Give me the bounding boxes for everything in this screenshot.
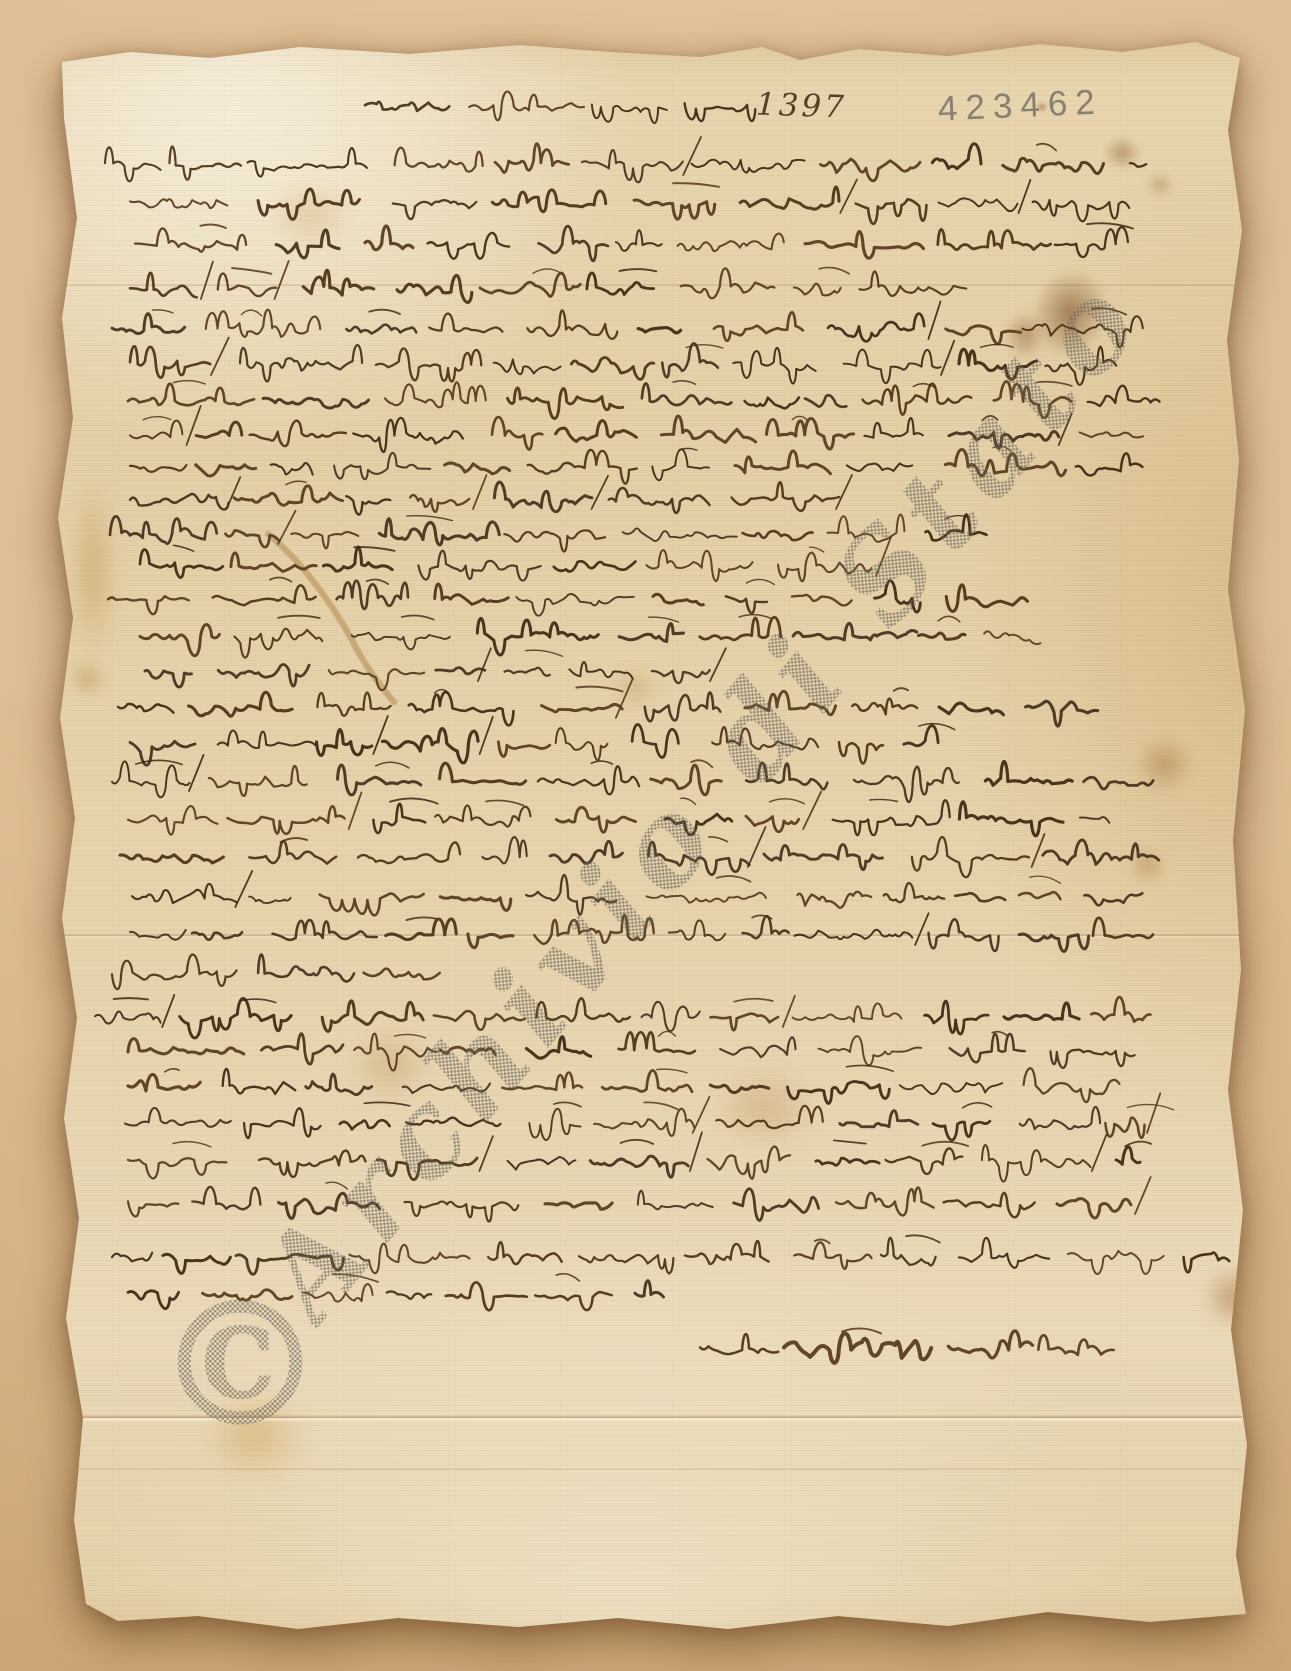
ink-stroke — [819, 1036, 922, 1065]
ink-stroke — [209, 766, 307, 796]
ink-stroke — [477, 618, 598, 655]
ink-stroke — [673, 183, 719, 187]
ink-stroke — [338, 765, 421, 795]
ink-stroke — [798, 892, 872, 908]
ink-stroke — [1135, 1177, 1151, 1214]
ink-stroke — [946, 326, 1021, 344]
ink-stroke — [632, 724, 678, 757]
ink-stroke — [803, 792, 821, 829]
ink-stroke — [1084, 777, 1154, 789]
ink-stroke — [250, 421, 346, 447]
ink-stroke — [303, 270, 374, 295]
ink-stroke — [1019, 892, 1061, 899]
ink-stroke — [279, 1193, 380, 1218]
ink-stroke — [494, 359, 561, 374]
ink-stroke — [403, 1084, 490, 1094]
ink-stroke — [685, 1241, 769, 1264]
ink-stroke — [173, 1142, 211, 1147]
ink-stroke — [140, 550, 223, 578]
ink-stroke — [652, 449, 709, 480]
ink-stroke — [982, 1145, 1091, 1182]
ink-stroke — [912, 837, 1029, 877]
ink-stroke — [653, 594, 703, 605]
ink-stroke — [1092, 1135, 1107, 1171]
ink-stroke — [152, 310, 173, 313]
ink-stroke — [505, 668, 550, 676]
ink-stroke — [200, 224, 226, 228]
ink-stroke — [258, 189, 359, 219]
ink-stroke — [118, 704, 174, 713]
ink-stroke — [286, 481, 306, 484]
ink-stroke — [492, 190, 605, 212]
ink-stroke — [836, 475, 852, 509]
ink-stroke — [125, 1108, 231, 1127]
ink-stroke — [642, 383, 732, 405]
ink-stroke — [322, 1001, 423, 1032]
ink-stroke — [805, 395, 846, 407]
ink-stroke — [394, 1034, 425, 1037]
ink-stroke — [685, 103, 756, 121]
ink-stroke — [105, 147, 161, 181]
ink-stroke — [915, 913, 929, 945]
ink-stroke — [218, 730, 316, 748]
ink-stroke — [959, 802, 1063, 836]
ink-stroke — [542, 704, 623, 711]
ink-stroke — [1184, 1253, 1230, 1273]
ink-stroke — [860, 272, 967, 296]
ink-stroke — [128, 384, 254, 405]
ink-stroke — [128, 1201, 178, 1216]
ink-stroke — [926, 514, 987, 540]
ink-stroke — [445, 463, 510, 474]
ink-stroke — [228, 806, 345, 834]
ink-stroke — [446, 1282, 527, 1310]
ink-stroke — [959, 349, 1037, 379]
ink-stroke — [502, 1072, 582, 1089]
ink-stroke — [165, 1069, 179, 1072]
ink-stroke — [745, 691, 836, 715]
ink-stroke — [108, 596, 189, 614]
ink-stroke — [783, 996, 795, 1027]
ink-stroke — [436, 668, 485, 674]
ink-stroke — [642, 1002, 700, 1031]
ink-stroke — [712, 727, 818, 749]
ink-stroke — [410, 495, 469, 512]
ink-stroke — [1051, 1050, 1135, 1068]
ink-stroke — [881, 1238, 936, 1266]
ink-stroke — [323, 547, 392, 571]
ink-stroke — [619, 1032, 695, 1053]
ink-stroke — [173, 381, 205, 384]
ink-stroke — [900, 1083, 1003, 1094]
ink-stroke — [793, 1003, 902, 1021]
ink-stroke — [189, 755, 204, 791]
ink-stroke — [681, 798, 696, 804]
ink-stroke — [591, 761, 612, 764]
ink-stroke — [886, 1148, 963, 1174]
ink-stroke — [364, 1102, 409, 1105]
ink-stroke — [376, 348, 481, 381]
ink-stroke — [679, 448, 697, 450]
ink-stroke — [840, 1111, 918, 1127]
ink-stroke — [346, 496, 390, 514]
ink-stroke — [1019, 180, 1031, 213]
ink-stroke — [367, 579, 388, 584]
ink-stroke — [201, 262, 213, 299]
handwriting-layer — [0, 0, 1291, 1671]
ink-stroke — [1093, 918, 1153, 938]
ink-stroke — [929, 919, 999, 951]
ink-stroke — [163, 1254, 231, 1273]
ink-stroke — [480, 273, 580, 296]
ink-stroke — [579, 1255, 673, 1273]
ink-stroke — [1037, 382, 1072, 386]
ink-stroke — [681, 268, 775, 298]
ink-stroke — [1057, 1199, 1131, 1218]
ink-stroke — [527, 310, 617, 338]
ink-stroke — [440, 897, 511, 911]
ink-stroke — [794, 284, 841, 296]
ink-stroke — [1055, 227, 1128, 257]
ink-stroke — [816, 1158, 879, 1165]
ink-stroke — [550, 841, 622, 863]
ink-stroke — [480, 717, 493, 754]
ink-stroke — [659, 1031, 676, 1036]
ink-stroke — [402, 615, 434, 619]
ink-stroke — [852, 699, 917, 715]
ink-stroke — [1004, 1003, 1079, 1020]
ink-stroke — [925, 1001, 989, 1034]
ink-stroke — [383, 729, 479, 763]
ink-stroke — [320, 894, 424, 916]
ink-stroke — [569, 662, 632, 679]
ink-stroke — [526, 650, 563, 656]
ink-stroke — [587, 273, 654, 295]
ink-stroke — [784, 1333, 931, 1362]
ink-stroke — [329, 669, 424, 690]
ink-stroke — [700, 1334, 778, 1354]
ink-stroke — [377, 1158, 477, 1180]
ink-stroke — [619, 624, 683, 642]
ink-stroke — [346, 325, 416, 334]
ink-stroke — [1026, 701, 1098, 726]
ink-stroke — [944, 1193, 1035, 1217]
ink-stroke — [385, 382, 486, 407]
ink-stroke — [395, 148, 483, 172]
ink-stroke — [235, 871, 252, 907]
ink-stroke — [130, 494, 229, 510]
ink-stroke — [379, 519, 499, 545]
ink-stroke — [820, 159, 920, 181]
ink-stroke — [1045, 347, 1116, 385]
ink-stroke — [365, 226, 413, 250]
ink-stroke — [938, 229, 1051, 249]
ink-stroke — [340, 1120, 390, 1129]
ink-stroke — [839, 742, 883, 763]
ink-stroke — [482, 837, 526, 863]
ink-stroke — [418, 551, 540, 581]
ink-stroke — [326, 1182, 347, 1189]
ink-stroke — [708, 1147, 791, 1179]
ink-stroke — [726, 596, 767, 613]
ink-stroke — [1033, 200, 1130, 221]
ink-stroke — [112, 1253, 152, 1262]
ink-stroke — [740, 187, 839, 209]
ink-stroke — [1032, 834, 1045, 867]
ink-stroke — [833, 800, 950, 835]
ink-stroke — [273, 920, 377, 940]
ink-stroke — [536, 998, 630, 1021]
ink-stroke — [711, 1014, 779, 1031]
ink-stroke — [716, 1106, 822, 1128]
ink-stroke — [428, 233, 510, 259]
ink-stroke — [114, 998, 148, 999]
ink-stroke — [692, 160, 805, 173]
ink-stroke — [1084, 893, 1142, 905]
ink-stroke — [875, 581, 921, 612]
ink-stroke — [358, 842, 460, 863]
ink-stroke — [406, 1118, 500, 1126]
ink-stroke — [1003, 158, 1104, 173]
ink-stroke — [112, 761, 190, 797]
ink-stroke — [112, 314, 185, 334]
ink-stroke — [263, 398, 369, 408]
ink-stroke — [661, 416, 755, 442]
ink-stroke — [732, 482, 840, 511]
ink-stroke — [794, 1242, 871, 1268]
ink-stroke — [576, 687, 622, 692]
ink-stroke — [794, 930, 912, 939]
ink-stroke — [665, 814, 732, 835]
ink-stroke — [130, 346, 210, 377]
ink-stroke — [571, 358, 653, 380]
ink-stroke — [405, 1202, 519, 1222]
ink-stroke — [110, 516, 217, 543]
ink-stroke — [645, 692, 721, 721]
ink-stroke — [635, 1281, 664, 1297]
ink-stroke — [792, 595, 852, 605]
ink-stroke — [397, 275, 472, 302]
ink-stroke — [533, 269, 561, 273]
ink-stroke — [333, 1274, 378, 1282]
ink-stroke — [734, 999, 773, 1002]
ink-stroke — [582, 150, 683, 182]
ink-stroke — [1080, 817, 1109, 823]
ink-stroke — [673, 381, 695, 384]
ink-stroke — [143, 417, 170, 420]
ink-stroke — [259, 1151, 366, 1177]
ink-stroke — [365, 102, 449, 111]
ink-stroke — [906, 1235, 940, 1242]
ink-stroke — [494, 482, 592, 511]
ink-stroke — [473, 475, 486, 509]
ink-stroke — [211, 338, 229, 375]
ink-stroke — [894, 688, 908, 691]
ink-stroke — [1088, 386, 1160, 406]
ink-stroke — [733, 348, 816, 384]
ink-stroke — [534, 915, 653, 944]
ink-stroke — [248, 148, 368, 177]
ink-stroke — [1059, 414, 1072, 445]
ink-stroke — [792, 416, 806, 419]
ink-stroke — [647, 550, 753, 581]
ink-stroke — [135, 228, 246, 251]
ink-stroke — [657, 1069, 687, 1073]
ink-stroke — [526, 875, 616, 915]
ink-stroke — [278, 616, 319, 618]
ink-stroke — [429, 314, 502, 333]
ink-stroke — [407, 917, 436, 920]
ink-stroke — [805, 232, 923, 259]
ink-stroke — [196, 422, 242, 437]
ink-stroke — [836, 1187, 934, 1215]
ink-stroke — [203, 1290, 293, 1300]
ink-stroke — [270, 577, 292, 581]
ink-stroke — [884, 883, 945, 902]
ink-stroke — [120, 855, 223, 863]
ink-stroke — [1116, 1147, 1140, 1164]
ink-stroke — [271, 463, 313, 475]
ink-stroke — [919, 633, 966, 639]
ink-stroke — [234, 629, 322, 658]
ink-stroke — [554, 561, 636, 571]
ink-stroke — [678, 234, 784, 252]
ink-stroke — [95, 1012, 161, 1024]
ink-stroke — [854, 767, 959, 802]
ink-stroke — [949, 432, 1059, 449]
ink-stroke — [223, 1069, 296, 1094]
ink-stroke — [963, 1103, 992, 1108]
ink-stroke — [609, 488, 710, 513]
ink-stroke — [592, 105, 667, 124]
ink-stroke — [638, 1191, 713, 1210]
ink-stroke — [919, 724, 955, 730]
ink-stroke — [793, 623, 917, 640]
ink-stroke — [334, 453, 430, 479]
ink-stroke — [130, 741, 195, 765]
ink-stroke — [130, 199, 227, 208]
ink-stroke — [938, 198, 1017, 211]
ink-stroke — [594, 1109, 694, 1136]
ink-stroke — [810, 547, 824, 552]
ink-stroke — [241, 310, 261, 316]
ink-stroke — [1080, 432, 1143, 437]
ink-stroke — [948, 1331, 1032, 1358]
ink-stroke — [669, 920, 725, 940]
ink-stroke — [870, 799, 898, 801]
ink-stroke — [192, 932, 242, 939]
ink-stroke — [648, 842, 749, 875]
ink-stroke — [140, 624, 219, 655]
ink-stroke — [939, 703, 1003, 715]
ink-stroke — [1068, 1251, 1164, 1274]
ink-stroke — [592, 476, 609, 509]
ink-stroke — [602, 1070, 692, 1091]
ink-stroke — [349, 1244, 469, 1274]
ink-stroke — [435, 584, 509, 604]
ink-stroke — [1087, 223, 1133, 228]
ink-stroke — [130, 273, 197, 297]
ink-stroke — [236, 1254, 344, 1274]
ink-stroke — [662, 343, 718, 377]
ink-stroke — [778, 553, 871, 582]
ink-stroke — [376, 762, 409, 768]
ink-stroke — [1024, 1068, 1120, 1102]
ink-stroke — [352, 633, 450, 650]
ink-stroke — [337, 581, 408, 609]
ink-stroke — [373, 716, 388, 754]
ink-stroke — [196, 465, 256, 476]
ink-stroke — [764, 845, 883, 870]
ink-stroke — [1019, 934, 1088, 951]
ink-stroke — [1130, 163, 1146, 167]
ink-stroke — [479, 1136, 493, 1171]
ink-stroke — [278, 511, 295, 544]
ink-stroke — [743, 916, 789, 938]
ink-stroke — [488, 1242, 562, 1264]
ink-stroke — [180, 998, 292, 1038]
ink-stroke — [206, 310, 320, 337]
ink-stroke — [478, 648, 491, 681]
ink-stroke — [539, 226, 608, 261]
ink-stroke — [743, 531, 813, 540]
ink-stroke — [469, 92, 584, 121]
archive-number: 423462 — [937, 82, 1103, 129]
ink-stroke — [213, 585, 316, 605]
ink-stroke — [386, 919, 457, 940]
ink-stroke — [504, 530, 605, 551]
ink-stroke — [364, 969, 440, 980]
ink-stroke — [922, 1142, 968, 1146]
ink-stroke — [231, 553, 316, 572]
ink-stroke — [710, 648, 726, 681]
ink-stroke — [950, 1034, 1025, 1063]
ink-stroke — [616, 230, 662, 251]
ink-stroke — [846, 1065, 893, 1071]
ink-stroke — [710, 1085, 768, 1093]
ink-stroke — [218, 273, 276, 296]
ink-stroke — [495, 144, 569, 173]
ink-stroke — [1147, 1093, 1160, 1133]
ink-stroke — [128, 806, 218, 835]
ink-stroke — [249, 841, 336, 864]
ink-stroke — [590, 1156, 688, 1177]
ink-stroke — [130, 465, 186, 472]
ink-stroke — [828, 515, 905, 542]
ink-stroke — [746, 816, 799, 832]
ink-stroke — [435, 805, 530, 826]
ink-stroke — [683, 137, 701, 175]
ink-stroke — [1030, 876, 1061, 883]
ink-stroke — [373, 804, 425, 833]
ink-stroke — [306, 1074, 372, 1095]
ink-stroke — [847, 463, 913, 471]
ink-stroke — [945, 449, 1065, 475]
ink-stroke — [528, 450, 637, 484]
ink-stroke — [693, 1097, 710, 1133]
ink-stroke — [538, 766, 639, 794]
ink-stroke — [714, 312, 803, 340]
paper-shadow-wrap: 1397 423462 Archivio di Stato © — [0, 0, 1291, 1671]
ink-stroke — [468, 934, 513, 948]
ink-stroke — [556, 1274, 579, 1281]
ink-stroke — [556, 728, 608, 760]
ink-stroke — [720, 1037, 795, 1057]
ink-stroke — [928, 302, 940, 340]
ink-stroke — [407, 516, 453, 521]
ink-stroke — [393, 200, 477, 219]
ink-stroke — [276, 230, 339, 258]
